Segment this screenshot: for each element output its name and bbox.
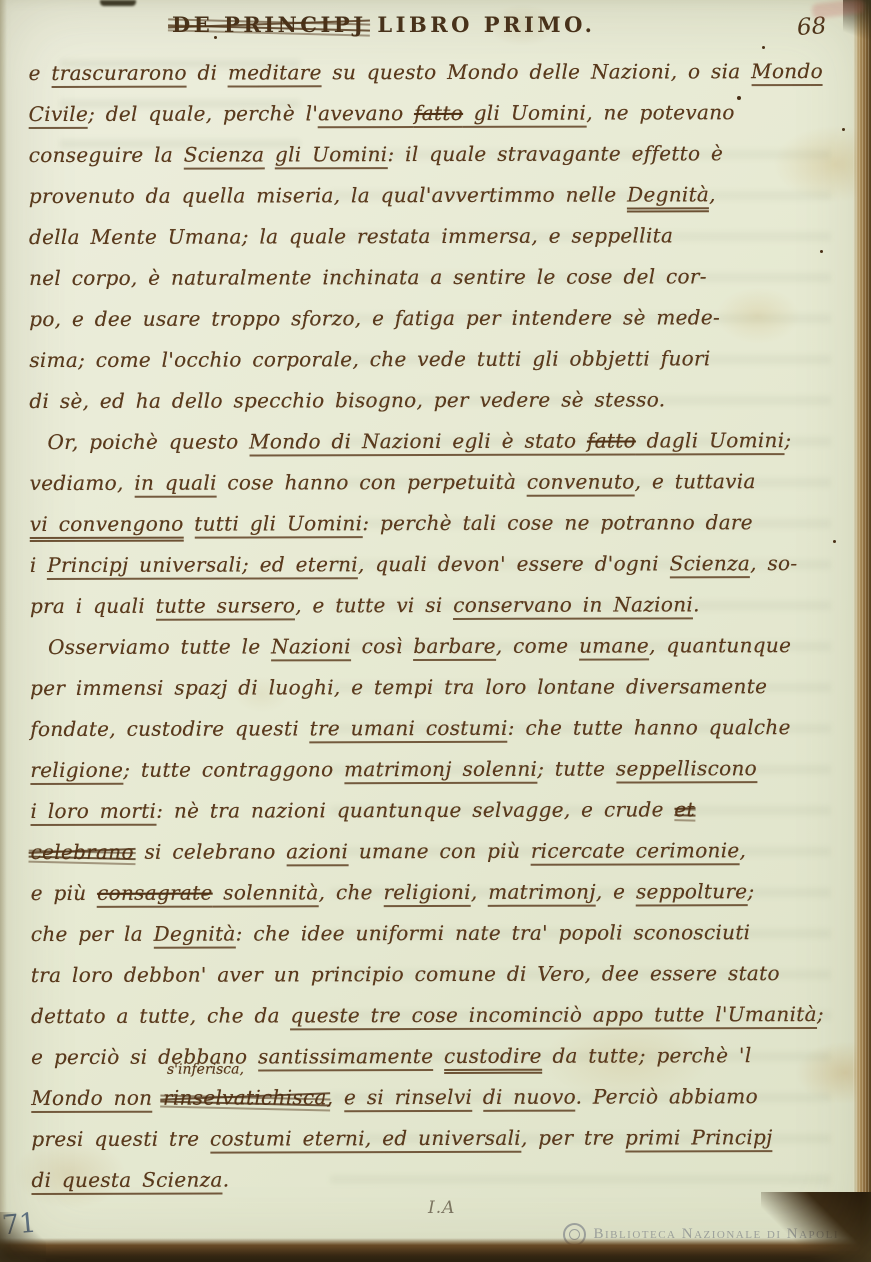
manuscript-segment: po, e dee usare troppo sforzo, e fatiga …	[29, 305, 720, 331]
manuscript-line: nel corpo, è naturalmente inchinata a se…	[29, 256, 834, 299]
manuscript-segment: conservano in Nazioni	[453, 592, 693, 620]
manuscript-line: celebrano si celebrano azioni umane con …	[31, 830, 836, 873]
manuscript-segment: Mondo non	[31, 1086, 152, 1113]
manuscript-segment: tre umani costumi	[310, 716, 508, 744]
manuscript-segment: umane con più	[348, 839, 531, 863]
manuscript-line: che per la Degnità: che idee uniformi na…	[31, 912, 836, 955]
manuscript-segment: : che tutte hanno qualche	[508, 715, 791, 740]
manuscript-segment: : il quale stravagante effetto è	[387, 141, 723, 166]
manuscript-segment: fatto	[587, 428, 636, 455]
interlinear-insertion: s'inferisca,	[167, 1062, 244, 1076]
manuscript-segment: nel corpo, è naturalmente inchinata a se…	[29, 264, 707, 290]
manuscript-segment	[184, 512, 195, 536]
manuscript-segment: queste tre cose incominciò appo tutte l'…	[290, 1002, 816, 1030]
manuscript-segment: seppelliscono	[616, 756, 757, 783]
manuscript-segment: Degnità	[627, 182, 709, 212]
manuscript-segment: ; tutte contraggono	[123, 757, 344, 782]
manuscript-body: e trascurarono di meditare su questo Mon…	[28, 51, 836, 1201]
manuscript-segment: Osserviamo tutte le	[48, 634, 271, 659]
manuscript-line: di sè, ed ha dello specchio bisogno, per…	[29, 379, 834, 422]
manuscript-segment: ;	[784, 428, 791, 452]
manuscript-segment: barbare	[413, 634, 496, 661]
manuscript-segment: primi Principj	[625, 1125, 773, 1152]
manuscript-line: vi convengono tutti gli Uomini: perchè t…	[30, 502, 835, 545]
manuscript-segment: di sè, ed ha dello specchio bisogno, per…	[29, 387, 665, 413]
manuscript-segment: della Mente Umana; la quale restata imme…	[29, 223, 673, 249]
manuscript-segment: Scienza	[670, 551, 751, 578]
manuscript-segment: ; del quale, perchè l'	[88, 101, 318, 126]
book-bottom-edge	[0, 1238, 871, 1262]
manuscript-segment: si celebrano	[134, 839, 286, 863]
manuscript-line: i loro morti: nè tra nazioni quantunque …	[30, 789, 835, 832]
manuscript-segment: da tutte; perchè 'l	[542, 1043, 752, 1068]
manuscript-segment: , quali devon' essere d'ogni	[358, 551, 670, 576]
manuscript-line: Or, poichè questo Mondo di Nazioni egli …	[29, 420, 834, 463]
manuscript-segment: per immensi spazj di luoghi, e tempi tra…	[30, 674, 767, 700]
manuscript-segment: , per tre	[521, 1125, 625, 1149]
manuscript-segment: religioni	[383, 880, 470, 907]
manuscript-segment: ; tutte	[537, 757, 616, 781]
ink-speck	[214, 36, 217, 39]
manuscript-line: di questa Scienza.	[31, 1158, 836, 1201]
manuscript-segment: e si rinselvi	[344, 1085, 472, 1112]
ink-speck	[737, 96, 741, 100]
manuscript-segment: costumi eterni, ed universali	[210, 1126, 521, 1154]
manuscript-line: Civile; del quale, perchè l'avevano fatt…	[29, 92, 834, 135]
manuscript-segment: ricercate cerimonie	[531, 838, 740, 866]
page-corner-shadow	[761, 1192, 871, 1262]
manuscript-line: della Mente Umana; la quale restata imme…	[29, 215, 834, 258]
manuscript-segment: fatto	[414, 101, 463, 128]
book-fore-edge	[853, 0, 871, 1262]
manuscript-segment: Civile	[29, 102, 89, 129]
manuscript-segment: presi questi tre	[31, 1127, 210, 1151]
manuscript-segment: pra i quali	[30, 594, 156, 618]
manuscript-segment: matrimonj	[488, 880, 596, 907]
manuscript-segment: conseguire la	[29, 143, 184, 167]
manuscript-segment: ,	[709, 182, 716, 206]
chapter-title: LIBRO PRIMO.	[377, 12, 595, 37]
manuscript-line: presi questi tre costumi eterni, ed univ…	[31, 1117, 836, 1160]
manuscript-segment: celebrano	[31, 832, 134, 873]
manuscript-segment: solennità	[213, 880, 319, 907]
manuscript-line: sima; come l'occhio corporale, che vede …	[29, 338, 834, 381]
manuscript-segment: su questo Mondo delle Nazioni, o sia	[322, 59, 751, 84]
manuscript-segment: , so-	[750, 551, 797, 575]
manuscript-segment: , quantunque	[649, 633, 791, 657]
binding-mark	[100, 0, 136, 6]
manuscript-segment: azioni	[286, 839, 348, 866]
manuscript-line: vediamo, in quali cose hanno con perpetu…	[30, 461, 835, 504]
manuscript-line: i Principj universali; ed eterni, quali …	[30, 543, 835, 586]
manuscript-segment: , ne potevano	[586, 100, 735, 124]
manuscript-segment: i	[30, 553, 47, 577]
manuscript-segment: .	[223, 1168, 230, 1192]
manuscript-segment: di questa Scienza	[31, 1168, 222, 1196]
manuscript-segment: .	[693, 592, 700, 616]
manuscript-segment: vi convengono	[30, 512, 184, 542]
manuscript-segment: Or, poichè questo	[47, 429, 249, 454]
manuscript-segment: che per la	[31, 922, 154, 946]
manuscript-segment: e	[29, 61, 52, 85]
manuscript-segment: umane	[579, 633, 649, 660]
manuscript-segment: et	[674, 789, 695, 830]
manuscript-line: religione; tutte contraggono matrimonj s…	[30, 748, 835, 791]
manuscript-segment: fondate, custodire questi	[30, 716, 309, 741]
ink-speck	[833, 540, 836, 543]
manuscript-segment: matrimonj solenni	[344, 757, 537, 785]
manuscript-segment: , e tutte vi si	[295, 593, 453, 617]
manuscript-segment: e più	[31, 881, 98, 905]
manuscript-segment: ,	[740, 838, 747, 862]
ink-speck	[820, 250, 823, 253]
manuscript-segment: ;	[747, 879, 754, 903]
manuscript-segment	[433, 1044, 444, 1068]
manuscript-line: e più consagrate solennità, che religion…	[31, 871, 836, 914]
manuscript-line: tra loro debbon' aver un principio comun…	[31, 953, 836, 996]
manuscript-segment: santissimamente	[258, 1044, 433, 1071]
manuscript-segment: seppolture	[636, 879, 748, 906]
page-header: DE PRINCIPJ LIBRO PRIMO.	[172, 12, 595, 37]
manuscript-segment: vediamo,	[30, 471, 135, 495]
manuscript-line: provenuto da quella miseria, la qual'avv…	[29, 174, 834, 217]
manuscript-segment: : perchè tali cose ne potranno dare	[362, 510, 753, 535]
manuscript-segment: gli Uomini	[275, 142, 388, 169]
manuscript-segment: ;	[817, 1002, 824, 1026]
manuscript-segment: , e tuttavia	[635, 469, 756, 493]
manuscript-segment: provenuto da quella miseria, la qual'avv…	[29, 182, 627, 208]
manuscript-segment: , come	[496, 634, 579, 658]
struck-chapter-title: DE PRINCIPJ	[172, 12, 367, 37]
manuscript-segment: meditare	[228, 60, 322, 87]
manuscript-segment: . Perciò abbiamo	[576, 1084, 758, 1108]
ink-speck	[842, 128, 845, 131]
manuscript-line: e trascurarono di meditare su questo Mon…	[28, 51, 833, 94]
manuscript-line: conseguire la Scienza gli Uomini: il qua…	[29, 133, 834, 176]
manuscript-segment: avevano	[318, 101, 414, 128]
manuscript-segment: convenuto	[527, 469, 635, 496]
manuscript-page: DE PRINCIPJ LIBRO PRIMO. 68 e trascuraro…	[0, 0, 871, 1262]
page-corner-shadow	[0, 1212, 46, 1262]
manuscript-segment: Mondo	[751, 59, 823, 86]
manuscript-segment: rinselvatichiscas'inferisca,	[163, 1077, 327, 1118]
manuscript-line: fondate, custodire questi tre umani cost…	[30, 707, 835, 750]
manuscript-segment: Principj universali; ed eterni	[47, 552, 358, 580]
manuscript-segment: i loro morti	[30, 799, 156, 826]
manuscript-line: Mondo non rinselvatichiscas'inferisca,, …	[31, 1076, 836, 1119]
manuscript-line: per immensi spazj di luoghi, e tempi tra…	[30, 666, 835, 709]
manuscript-segment: dagli Uomini	[636, 428, 785, 455]
manuscript-line: pra i quali tutte sursero, e tutte vi si…	[30, 584, 835, 627]
manuscript-segment: tra loro debbon' aver un principio comun…	[31, 961, 780, 987]
quire-signature: I.A	[428, 1198, 455, 1218]
manuscript-segment: trascurarono	[51, 61, 187, 88]
manuscript-segment: Mondo di Nazioni egli è stato	[249, 429, 587, 457]
manuscript-segment: tutti gli Uomini	[194, 511, 362, 538]
manuscript-segment: tutte sursero	[156, 593, 296, 620]
manuscript-segment: di nuovo	[483, 1085, 576, 1112]
manuscript-line: dettato a tutte, che da queste tre cose …	[31, 994, 836, 1037]
manuscript-line: Osserviamo tutte le Nazioni così barbare…	[30, 625, 835, 668]
manuscript-segment: dettato a tutte, che da	[31, 1003, 291, 1028]
manuscript-segment: Nazioni	[271, 634, 351, 661]
manuscript-segment: Degnità	[154, 922, 236, 949]
manuscript-segment: Scienza	[184, 142, 265, 169]
manuscript-segment: così	[351, 634, 413, 658]
manuscript-segment: di	[187, 61, 228, 85]
manuscript-segment: religione	[30, 758, 123, 785]
manuscript-segment: , che	[319, 880, 384, 904]
ink-speck	[762, 46, 765, 49]
manuscript-segment: cose hanno con perpetuità	[217, 470, 527, 495]
manuscript-segment: sima; come l'occhio corporale, che vede …	[29, 346, 710, 372]
manuscript-segment: : nè tra nazioni quantunque selvagge, e …	[156, 797, 674, 822]
manuscript-segment	[264, 142, 275, 166]
manuscript-segment: gli Uomini	[463, 101, 586, 128]
manuscript-segment: : che idee uniformi nate tra' popoli sco…	[236, 920, 751, 945]
manuscript-line: po, e dee usare troppo sforzo, e fatiga …	[29, 297, 834, 340]
manuscript-segment: in quali	[134, 471, 217, 498]
manuscript-segment: consagrate	[97, 881, 213, 908]
manuscript-segment	[472, 1085, 483, 1109]
manuscript-line: e perciò si debbano santissimamente cust…	[31, 1035, 836, 1078]
manuscript-segment: custodire	[444, 1044, 542, 1074]
page-left-edge	[0, 0, 7, 1262]
manuscript-segment: , e	[596, 879, 636, 903]
manuscript-segment: ,	[471, 880, 488, 904]
